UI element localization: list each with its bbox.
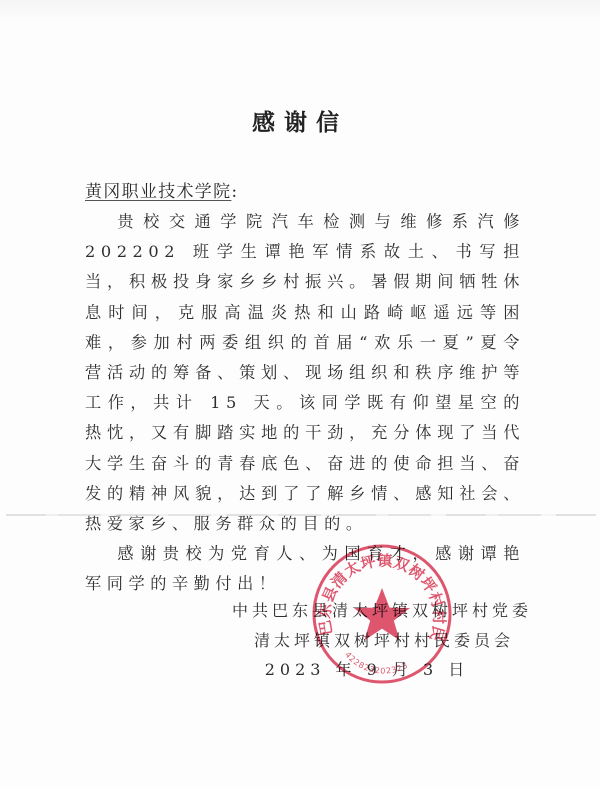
letter-title: 感谢信 xyxy=(0,104,600,137)
stamp-code-text: 422823202323 xyxy=(343,650,410,675)
official-seal-stamp: 巴东县清太坪镇双树坪村村民委员会 422823202323 xyxy=(310,542,454,686)
svg-text:422823202323: 422823202323 xyxy=(343,650,410,675)
salutation-colon: : xyxy=(231,182,238,202)
letter-body: 贵校交通学院汽车检测与维修系汽修 202202 班学生谭艳军情系故土、书写担当，… xyxy=(85,207,525,600)
body-paragraph: 感谢贵校为党育人、为国育才，感谢谭艳军同学的辛勤付出！ xyxy=(85,539,525,599)
salutation: 黄冈职业技术学院: xyxy=(85,177,238,202)
scan-fold-line xyxy=(6,514,596,516)
scan-shadow xyxy=(0,0,600,22)
recipient-name: 黄冈职业技术学院 xyxy=(85,182,231,202)
letter-page: 感谢信 黄冈职业技术学院: 贵校交通学院汽车检测与维修系汽修 202202 班学… xyxy=(0,0,600,789)
body-paragraph: 贵校交通学院汽车检测与维修系汽修 202202 班学生谭艳军情系故土、书写担当，… xyxy=(85,207,525,539)
star-icon xyxy=(354,588,410,640)
